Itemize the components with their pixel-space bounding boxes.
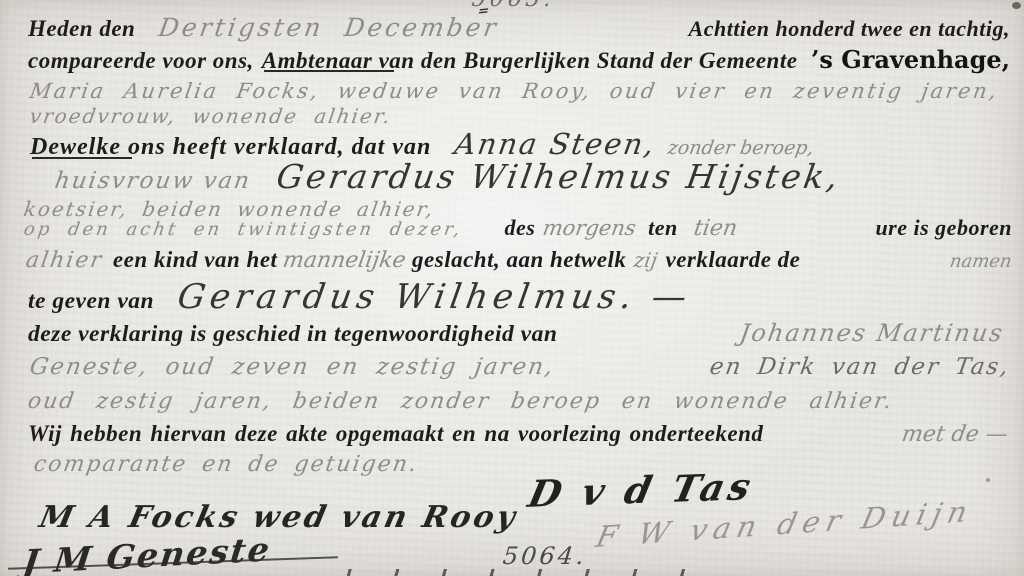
- entry-witness1-firstnames: Johannes Martinus: [738, 319, 1006, 347]
- entry-mother-name: Anna Steen,: [453, 127, 659, 161]
- preprinted-geslacht: geslacht, aan hetwelk: [412, 247, 626, 273]
- entry-child-name: Gerardus Wilhelmus. —: [175, 277, 695, 317]
- record-line-declaration: Dewelke ons heeft verklaard, dat van Ann…: [30, 127, 1004, 161]
- preprinted-des: des: [505, 215, 536, 241]
- record-line-witness2-age: oud zestig jaren, beiden zonder beroep e…: [28, 389, 893, 414]
- record-line-witness1: Geneste, oud zeven en zestig jaren, en D…: [30, 354, 1010, 380]
- entry-witness2-name: en Dirk van der Tas,: [708, 354, 1012, 380]
- signature-declarant: M A Focks wed van Rooy: [36, 500, 521, 535]
- ink-speck: [986, 478, 990, 482]
- next-act-number: 5064.: [502, 542, 589, 570]
- entry-hour: tien: [692, 216, 739, 241]
- record-line-child-gender: alhier een kind van het mannelijke gesla…: [26, 247, 1012, 273]
- preprinted-verklaarde: verklaarde de: [665, 247, 800, 273]
- record-line-date: Heden den Dertigsten December Achttien h…: [28, 13, 1010, 42]
- preprinted-te-geven-van: te geven van: [28, 288, 154, 315]
- preprinted-ambtenaar: Ambtenaar van den Burgerlijken Stand der…: [262, 48, 798, 74]
- preprinted-tegenwoordigheid: deze verklaring is geschied in tegenwoor…: [28, 321, 557, 348]
- entry-witness2-age-occupation: oud zestig jaren, beiden zonder beroep e…: [26, 389, 895, 414]
- birth-record-scan: 5063. = Heden den Dertigsten December Ac…: [0, 0, 1024, 576]
- record-line-registrar: compareerde voor ons, Ambtenaar van den …: [28, 45, 1010, 74]
- preprinted-compareerde: compareerde voor ons,: [28, 48, 254, 74]
- entry-comparante-getuigen: comparante en de getuigen.: [32, 452, 420, 477]
- entry-birth-day: op den acht en twintigsten dezer,: [22, 219, 464, 240]
- record-line-child-name: te geven van Gerardus Wilhelmus. —: [28, 277, 691, 317]
- preprinted-heden-den: Heden den: [28, 16, 135, 42]
- preprinted-year: Achttien honderd twee en tachtig,: [689, 16, 1010, 42]
- preprinted-wij-hebben: Wij hebben hiervan deze akte opgemaakt e…: [28, 421, 763, 447]
- clipped-next-line-strokes: [330, 569, 720, 576]
- record-line-comparante: comparante en de getuigen.: [34, 452, 418, 477]
- ink-speck: [1012, 2, 1021, 9]
- entry-witness1-surname-age: Geneste, oud zeven en zestig jaren,: [28, 354, 556, 380]
- record-line-declarant: Maria Aurelia Focks, weduwe van Rooy, ou…: [30, 79, 998, 103]
- preprinted-ten: ten: [648, 215, 678, 241]
- entry-huisvrouw-van: huisvrouw van: [53, 168, 253, 194]
- entry-alhier: alhier: [24, 248, 105, 273]
- signature-witness-geneste: J M Geneste: [21, 530, 274, 576]
- entry-mother-occupation: zonder beroep,: [666, 137, 815, 159]
- entry-zij: zij: [632, 248, 659, 272]
- entry-father-name: Gerardus Wilhelmus Hijstek,: [274, 157, 844, 196]
- entry-day-month: Dertigsten December: [157, 13, 501, 42]
- record-line-declarant-occupation: vroedvrouw, wonende alhier.: [30, 104, 392, 128]
- record-line-birth-time: op den acht en twintigsten dezer, des mo…: [24, 215, 1012, 241]
- preprinted-gravenhage: ’s Gravenhage,: [811, 45, 1010, 74]
- record-line-witnesses-intro: deze verklaring is geschied in tegenwoor…: [28, 319, 1004, 348]
- entry-declarant-occupation: vroedvrouw, wonende alhier.: [28, 104, 394, 128]
- record-line-father: huisvrouw van Gerardus Wilhelmus Hijstek…: [55, 157, 840, 196]
- entry-met-de: met de —: [900, 422, 1010, 447]
- entry-gender: mannelijke: [281, 248, 408, 273]
- entry-declarant-name-age: Maria Aurelia Focks, weduwe van Rooy, ou…: [28, 79, 1000, 103]
- preprinted-een-kind: een kind van het: [113, 247, 278, 273]
- entry-namen: namen: [949, 251, 1014, 272]
- entry-morgens: morgens: [541, 216, 638, 240]
- preprinted-ure-is-geboren: ure is geboren: [875, 215, 1012, 241]
- signature-witness-tas: D v d Tas: [524, 464, 758, 516]
- record-line-closing: Wij hebben hiervan deze akte opgemaakt e…: [28, 421, 1008, 447]
